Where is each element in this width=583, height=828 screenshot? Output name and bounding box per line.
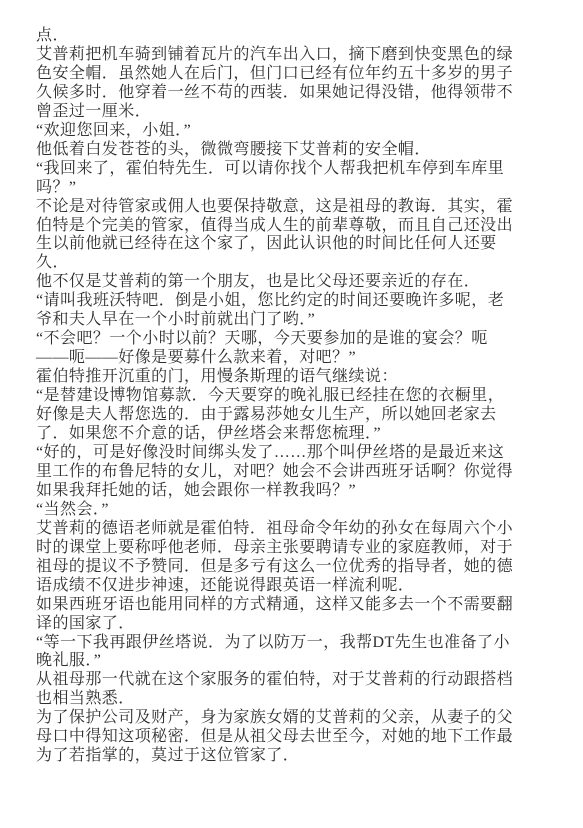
text-line: 霍伯特推开沉重的门，用慢条斯理的语气继续说： (36, 368, 536, 387)
text-line: 吗？” (36, 179, 536, 198)
text-line: 爷和夫人早在一个小时前就出门了哟．” (36, 311, 536, 330)
text-line: 时的课堂上要称呼他老师．母亲主张要聘请专业的家庭教师，对于 (36, 539, 536, 558)
text-line: “不会吧？一个小时以前？天哪，今天要参加的是谁的宴会？呃 (36, 330, 536, 349)
text-line: 译的国家了． (36, 615, 536, 634)
text-line: 久． (36, 254, 536, 273)
text-line: 好像是夫人帮您选的．由于露易莎她女儿生产，所以她回老家去 (36, 406, 536, 425)
text-line: “请叫我班沃特吧．倒是小姐，您比约定的时间还要晚许多呢，老 (36, 292, 536, 311)
text-line: 他不仅是艾普莉的第一个朋友，也是比父母还要亲近的存在． (36, 273, 536, 292)
text-line: 曾歪过一厘米． (36, 103, 536, 122)
text-line: “欢迎您回来，小姐．” (36, 122, 536, 141)
text-line: “当然会．” (36, 501, 536, 520)
text-line: 语成绩不仅进步神速，还能说得跟英语一样流利呢． (36, 577, 536, 596)
text-line: 为了保护公司及财产，身为家族女婿的艾普莉的父亲，从妻子的父 (36, 709, 536, 728)
text-line: “是替建设博物馆募款．今天要穿的晚礼服已经挂在您的衣橱里， (36, 387, 536, 406)
text-line: 从祖母那一代就在这个家服务的霍伯特，对于艾普莉的行动跟搭档 (36, 671, 536, 690)
text-line: 祖母的提议不予赞同．但是多亏有这么一位优秀的指导者，她的德 (36, 558, 536, 577)
text-column: 点．艾普莉把机车骑到铺着瓦片的汽车出入口，摘下磨到快变黑色的绿色安全帽．虽然她人… (36, 27, 536, 766)
text-line: 久候多时．他穿着一丝不苟的西装．如果她记得没错，他得领带不 (36, 84, 536, 103)
text-line: “好的，可是好像没时间绑头发了……那个叫伊丝塔的是最近来这 (36, 444, 536, 463)
text-line: 生以前他就已经待在这个家了，因此认识他的时间比任何人还要 (36, 235, 536, 254)
text-line: 如果西班牙语也能用同样的方式精通，这样又能多去一个不需要翻 (36, 596, 536, 615)
text-line: 不论是对待管家或佣人也要保持敬意，这是祖母的教诲．其实，霍 (36, 198, 536, 217)
text-line: 为了若指掌的，莫过于这位管家了． (36, 747, 536, 766)
text-line: 也相当熟悉． (36, 690, 536, 709)
text-line: “我回来了，霍伯特先生．可以请你找个人帮我把机车停到车库里 (36, 160, 536, 179)
text-line: 艾普莉的德语老师就是霍伯特．祖母命令年幼的孙女在每周六个小 (36, 520, 536, 539)
text-line: “等一下我再跟伊丝塔说．为了以防万一，我帮DT先生也准备了小 (36, 634, 536, 653)
text-line: ——呃——好像是要募什么款来着，对吧？” (36, 349, 536, 368)
text-line: 了．如果您不介意的话，伊丝塔会来帮您梳理．” (36, 425, 536, 444)
text-line: 点． (36, 27, 536, 46)
text-line: 色安全帽．虽然她人在后门，但门口已经有位年约五十多岁的男子 (36, 65, 536, 84)
text-line: 里工作的布鲁尼特的女儿，对吧？她会不会讲西班牙话啊？你觉得 (36, 463, 536, 482)
text-line: 艾普莉把机车骑到铺着瓦片的汽车出入口，摘下磨到快变黑色的绿 (36, 46, 536, 65)
text-line: 他低着白发苍苍的头，微微弯腰接下艾普莉的安全帽． (36, 141, 536, 160)
document-page: 点．艾普莉把机车骑到铺着瓦片的汽车出入口，摘下磨到快变黑色的绿色安全帽．虽然她人… (0, 0, 583, 828)
text-line: 晚礼服．” (36, 652, 536, 671)
text-line: 如果我拜托她的话，她会跟你一样教我吗？” (36, 482, 536, 501)
text-line: 母口中得知这项秘密．但是从祖父母去世至今，对她的地下工作最 (36, 728, 536, 747)
text-line: 伯特是个完美的管家，值得当成人生的前辈尊敬，而且自己还没出 (36, 217, 536, 236)
